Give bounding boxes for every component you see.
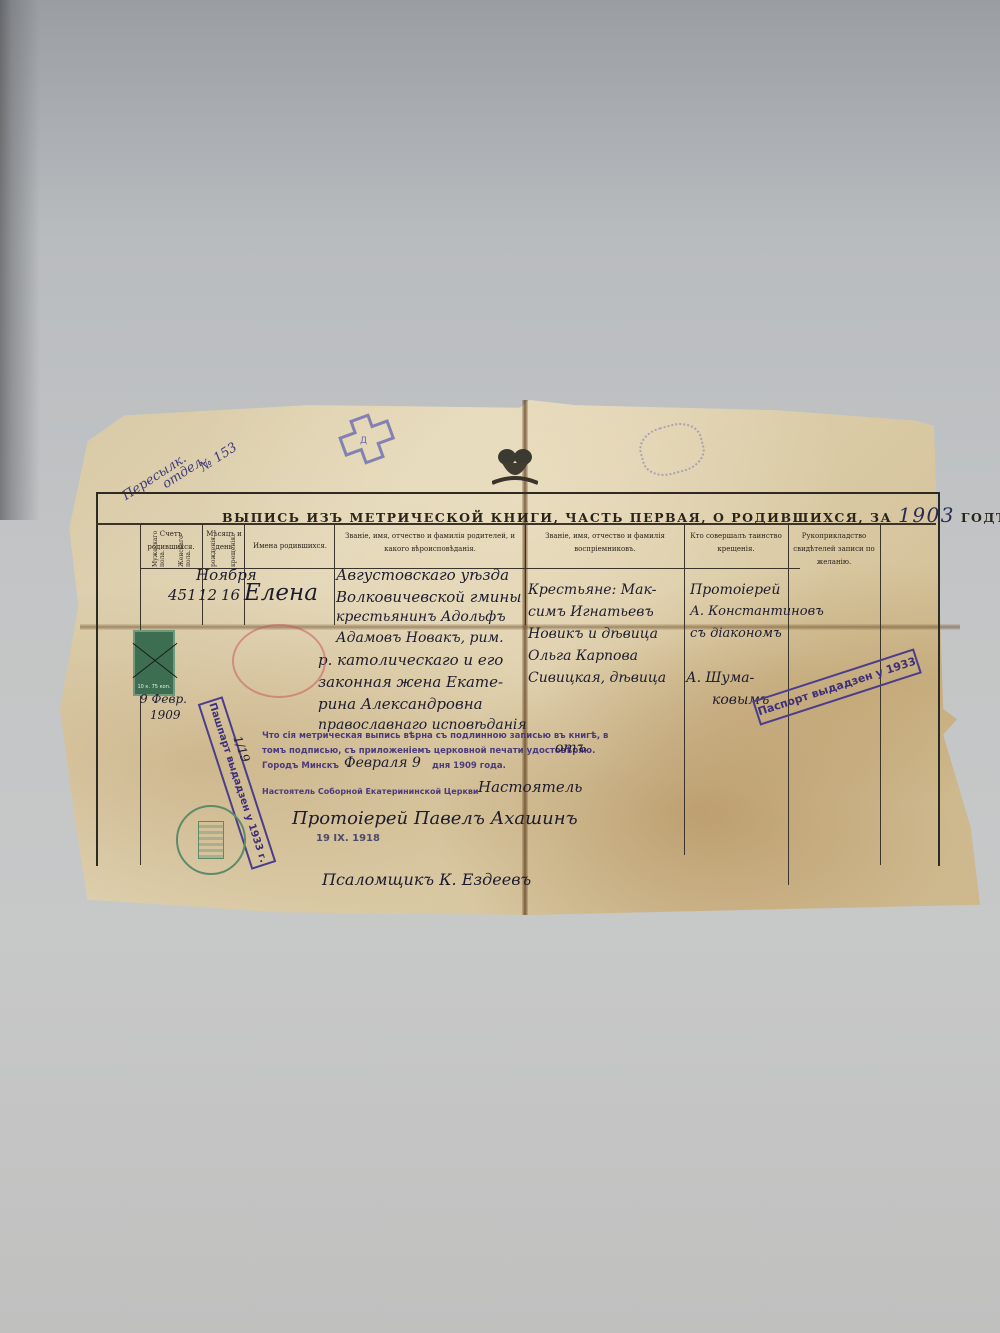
parents-line: Адамовъ Новакъ, рим. (336, 630, 504, 646)
priest-line: А. Константиновъ (690, 604, 824, 619)
column-divider (334, 525, 335, 625)
entry-birth-day: 12 (198, 586, 217, 604)
parents-line: Волковичевской гмины (336, 588, 522, 606)
certification-city: Городъ Минскъ (262, 761, 339, 771)
certification-year: дня 1909 года. (432, 761, 506, 771)
column-header-witnesses: Рукоприкладство свидѣтелей записи по жел… (790, 530, 878, 569)
parents-line: рина Александровна (318, 695, 483, 713)
priest-line: А. Шума- (686, 670, 754, 686)
column-header-birth: рожденія. (210, 545, 217, 567)
parents-line: законная жена Екате- (318, 673, 503, 691)
column-header-baptism: крещенія. (230, 545, 237, 567)
priest-line: Протоіерей (690, 582, 780, 598)
column-header-male: Мужескаго пола. (152, 545, 166, 567)
column-divider (525, 525, 526, 625)
godparents-line: Новикъ и дѣвица (528, 626, 658, 642)
column-header-godparents: Званіе, имя, отчество и фамилія воспріем… (528, 530, 682, 556)
revenue-stamp-value: 10 к. 75 коп. (135, 684, 173, 690)
church-round-seal (176, 805, 246, 875)
entry-name: Елена (244, 580, 318, 606)
column-header-female: Женскаго пола. (178, 545, 192, 567)
otto-note: отъ (555, 740, 586, 756)
cross-stamp-icon: Д (338, 413, 396, 465)
certification-line-2: томъ подписью, съ приложеніемъ церковной… (262, 746, 595, 756)
column-header-parents: Званіе, имя, отчество и фамилія родителе… (338, 530, 522, 556)
entry-number: 451 (168, 586, 197, 604)
svg-text:Д: Д (360, 436, 367, 446)
signature-archpriest: Протоіерей Павелъ Ахашинъ (292, 808, 578, 829)
parents-line: крестьянинъ Адольфъ (336, 609, 506, 625)
title-year: 1903 (898, 503, 955, 527)
revenue-cancel-year: 1909 (150, 708, 181, 722)
date-stamp: 19 IX. 1918 (316, 833, 380, 844)
church-title: Настоятель Соборной Екатерининской Церкв… (262, 787, 479, 796)
parents-line: Августовскаго уѣзда (336, 566, 509, 584)
revenue-cancel-note: 9 Февр. (140, 692, 187, 706)
rector-handwritten: Настоятель (478, 778, 582, 796)
entry-baptism-day: 16 (221, 586, 240, 604)
signature-psalmist: Псаломщикъ К. Ездеевъ (322, 870, 531, 889)
priest-line: съ діакономъ (690, 626, 782, 641)
document-title: ВЫПИСЬ ИЗЪ МЕТРИЧЕСКОЙ КНИГИ, ЧАСТЬ ПЕРВ… (222, 503, 1000, 527)
godparents-line: Крестьяне: Мак- (528, 582, 657, 598)
double-headed-eagle-icon (492, 443, 538, 489)
column-header-priest: Кто совершалъ таинство крещенія. (686, 530, 786, 556)
column-header-name: Имена родившихся. (248, 540, 332, 553)
godparents-line: Сивицкая, дѣвица (528, 670, 666, 686)
revenue-stamp: 10 к. 75 коп. (133, 630, 175, 696)
column-divider (880, 525, 881, 865)
background-shadow (0, 0, 40, 520)
column-divider (684, 525, 685, 855)
certification-date: Февраля 9 (344, 755, 421, 771)
parents-line: р. католическаго и его (318, 651, 503, 669)
faded-red-round-stamp (232, 624, 326, 698)
church-building-icon (198, 821, 224, 859)
godparents-line: Ольга Карпова (528, 648, 638, 664)
godparents-line: симъ Игнатьевъ (528, 604, 654, 620)
